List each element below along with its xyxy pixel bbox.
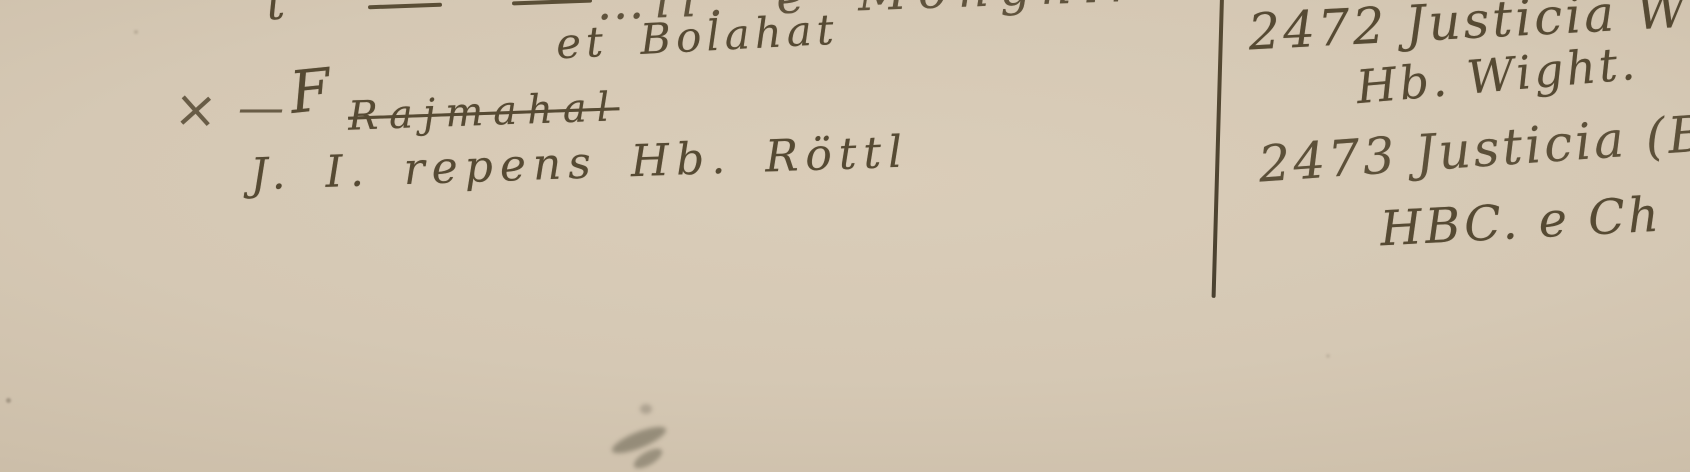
ditto-dash-stroke-2	[512, 0, 592, 5]
paper-speck	[134, 30, 138, 34]
entry-number: 2472	[1247, 0, 1389, 57]
initial-f-mark: F	[287, 60, 333, 122]
top-edge-flourish: t	[264, 0, 286, 27]
ditto-dash-stroke-1	[368, 3, 442, 9]
entry-text: Hb. Wight.	[1355, 40, 1640, 110]
dash-annotation-mark: —	[238, 84, 284, 130]
struck-word-rajmahal: Rajmahal	[347, 87, 620, 136]
scanned-ledger-page: t …ll. e Monghir et Bolahat × — F Rajmah…	[0, 0, 1690, 472]
entry-line-hb-wight: Hb. Wight.	[1355, 40, 1640, 110]
entry-line-hbc: HBC. e Ch	[1379, 191, 1663, 254]
locality-line-bolahat: et Bolahat	[555, 9, 839, 66]
entry-number: 2473	[1257, 130, 1399, 190]
entry-text: Justicia W	[1404, 0, 1690, 49]
cross-annotation-mark: ×	[173, 83, 219, 137]
ink-smudge	[640, 404, 652, 414]
entry-line-2473: 2473 Justicia (B	[1257, 108, 1690, 189]
paper-speck	[6, 398, 11, 403]
paper-speck	[1326, 354, 1330, 358]
entry-text: Justicia (B	[1414, 108, 1690, 178]
entry-text: HBC. e Ch	[1379, 191, 1663, 254]
column-divider-rule	[1212, 0, 1224, 298]
species-line-repens: J. I. repens Hb. Röttl	[249, 131, 909, 198]
